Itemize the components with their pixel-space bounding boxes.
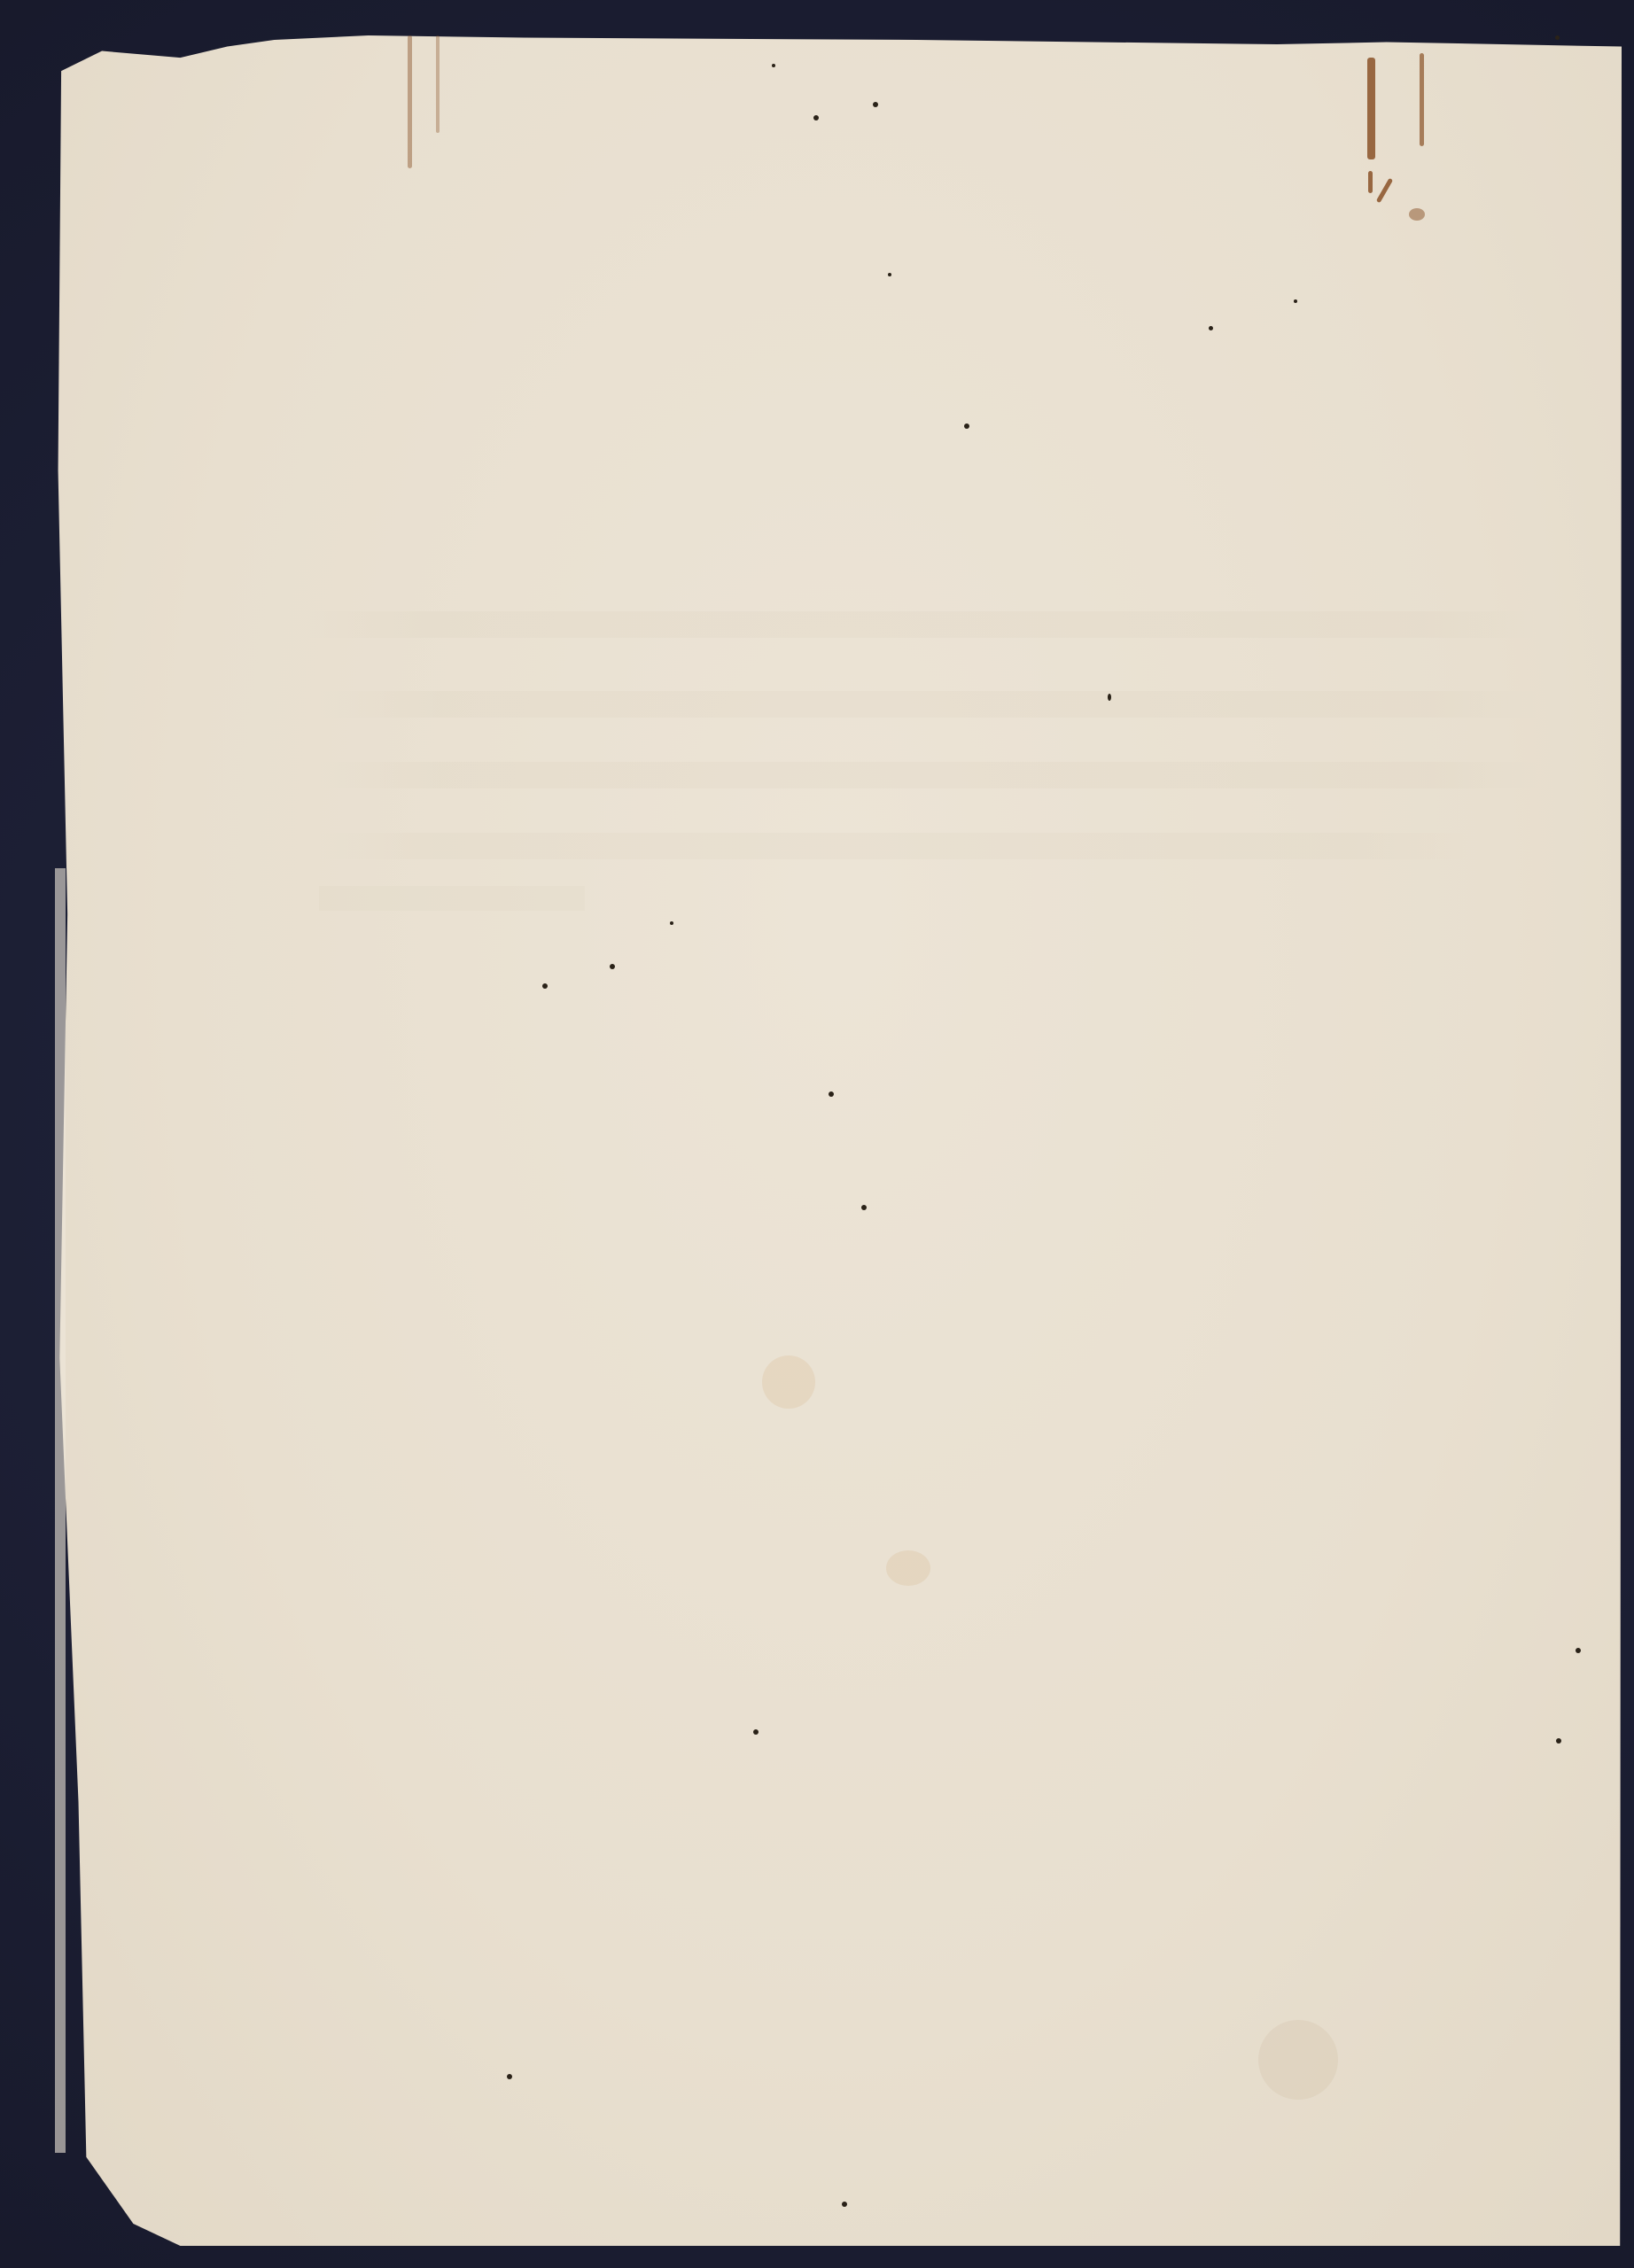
- show-through-line: [319, 762, 1542, 788]
- paper-speck: [829, 1091, 834, 1097]
- show-through-line: [319, 833, 1471, 859]
- paper-speck: [753, 1729, 759, 1735]
- paper-speck: [964, 423, 969, 429]
- foxing-stain: [886, 1550, 930, 1586]
- foxing-stain: [1258, 2020, 1338, 2100]
- show-through-line: [319, 886, 585, 911]
- rust-stain: [1368, 171, 1373, 193]
- paper-speck: [772, 64, 775, 67]
- paper-sheet: [55, 27, 1622, 2246]
- paper-left-edge: [55, 868, 66, 2153]
- paper-speck: [1294, 299, 1297, 303]
- show-through-line: [319, 691, 1542, 718]
- rust-stain: [436, 35, 440, 133]
- rust-stain: [408, 35, 412, 168]
- paper-speck: [1576, 1648, 1581, 1653]
- paper-speck: [1209, 326, 1213, 330]
- paper-speck: [542, 983, 548, 989]
- paper-speck: [842, 2202, 847, 2207]
- paper-speck: [670, 921, 673, 925]
- show-through-line: [301, 611, 1542, 638]
- foxing-stain: [762, 1355, 815, 1409]
- rust-stain: [1420, 53, 1424, 146]
- rust-stain: [1409, 208, 1425, 221]
- rust-stain: [1367, 58, 1375, 159]
- paper-speck: [813, 115, 819, 120]
- paper-speck: [507, 2074, 512, 2079]
- paper-speck: [1556, 1738, 1561, 1744]
- paper-speck: [1108, 694, 1111, 701]
- paper-speck: [1555, 35, 1560, 40]
- paper-speck: [610, 964, 615, 969]
- paper-speck: [888, 273, 891, 276]
- paper-speck: [873, 102, 878, 107]
- paper-speck: [861, 1205, 867, 1210]
